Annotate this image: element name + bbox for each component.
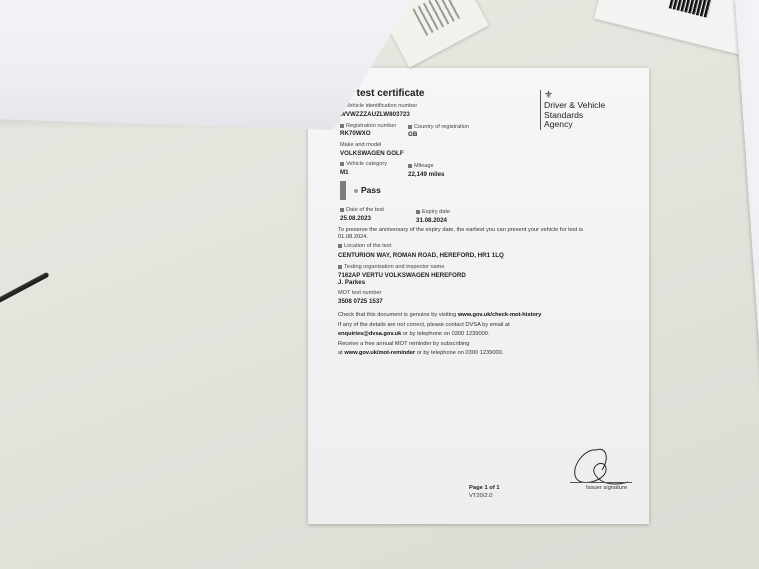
vin-value: WVWZZZAUZLW803723 [340,111,410,118]
form-code: VT20/2.0 [469,493,493,499]
contact-line-1: If any of the details are not correct, p… [338,322,510,328]
page-number: Page 1 of 1 [469,485,500,491]
country-label: Country of registration [408,124,469,130]
category-label: Vehicle category [340,161,387,167]
barcode-icon [669,0,713,18]
expiry-value: 31.08.2024 [416,217,447,224]
inspector-value: J. Parkes [338,279,365,286]
contact-line-2: enquiries@dvsa.gov.uk or by telephone on… [338,331,490,337]
reminder-line-2: at www.gov.uk/mot-reminder or by telepho… [338,350,503,356]
field-icon [408,164,412,168]
background-card-top-right [594,0,759,60]
category-value: M1 [340,169,349,176]
mot-certificate: OT test certificate ⚜ Driver & Vehicle S… [308,68,649,524]
make-model-label: Make and model [340,142,381,148]
registration-label: Registration number [340,123,396,129]
registration-value: RK70WXO [340,130,371,137]
reminder-line-1: Receive a free annual MOT reminder by su… [338,341,469,347]
reminder-link: www.gov.uk/mot-reminder [344,350,415,356]
mileage-label: Mileage [408,163,434,169]
make-model-value: VOLKSWAGEN GOLF [340,150,404,157]
desk-scene: OT test certificate ⚜ Driver & Vehicle S… [0,0,759,569]
genuine-check-text: Check that this document is genuine by v… [338,312,541,318]
dvsa-name-line-3: Agency [544,120,605,130]
background-paper-right-edge [735,0,759,419]
result-indicator [340,181,346,200]
test-number-value: 3508 0725 1537 [338,298,383,305]
location-value: CENTURION WAY, ROMAN ROAD, HEREFORD, HR1… [338,252,504,259]
mileage-value: 22,149 miles [408,171,444,178]
location-icon [338,244,342,248]
dvsa-logo: ⚜ Driver & Vehicle Standards Agency [540,90,605,130]
check-mot-link: www.gov.uk/check-mot-history [458,312,541,318]
field-icon [340,162,344,166]
contact-email: enquiries@dvsa.gov.uk [338,331,401,337]
calendar-icon [340,208,344,212]
result-pass: Pass [354,185,381,195]
location-label: Location of the test [338,243,391,249]
pen [0,272,50,306]
field-icon [408,125,412,129]
signature-label: Issuer signature [586,485,627,491]
test-date-label: Date of the test [340,207,384,213]
field-icon [340,124,344,128]
vin-label: Vehicle identification number [340,103,417,109]
anniversary-note-line-1: To preserve the anniversary of the expir… [338,227,583,233]
organisation-value: 7162AP VERTU VOLKSWAGEN HEREFORD [338,272,466,279]
organisation-label: Testing organisation and inspector name [338,264,444,270]
person-icon [338,265,342,269]
test-date-value: 25.08.2023 [340,215,371,222]
country-value: GB [408,131,417,138]
test-number-label: MOT test number [338,290,381,296]
anniversary-note-line-2: 01.08.2024. [338,234,368,240]
signature-line [570,482,632,483]
expiry-label: Expiry date [416,209,450,215]
expiry-icon [416,210,420,214]
result-icon [354,189,358,193]
